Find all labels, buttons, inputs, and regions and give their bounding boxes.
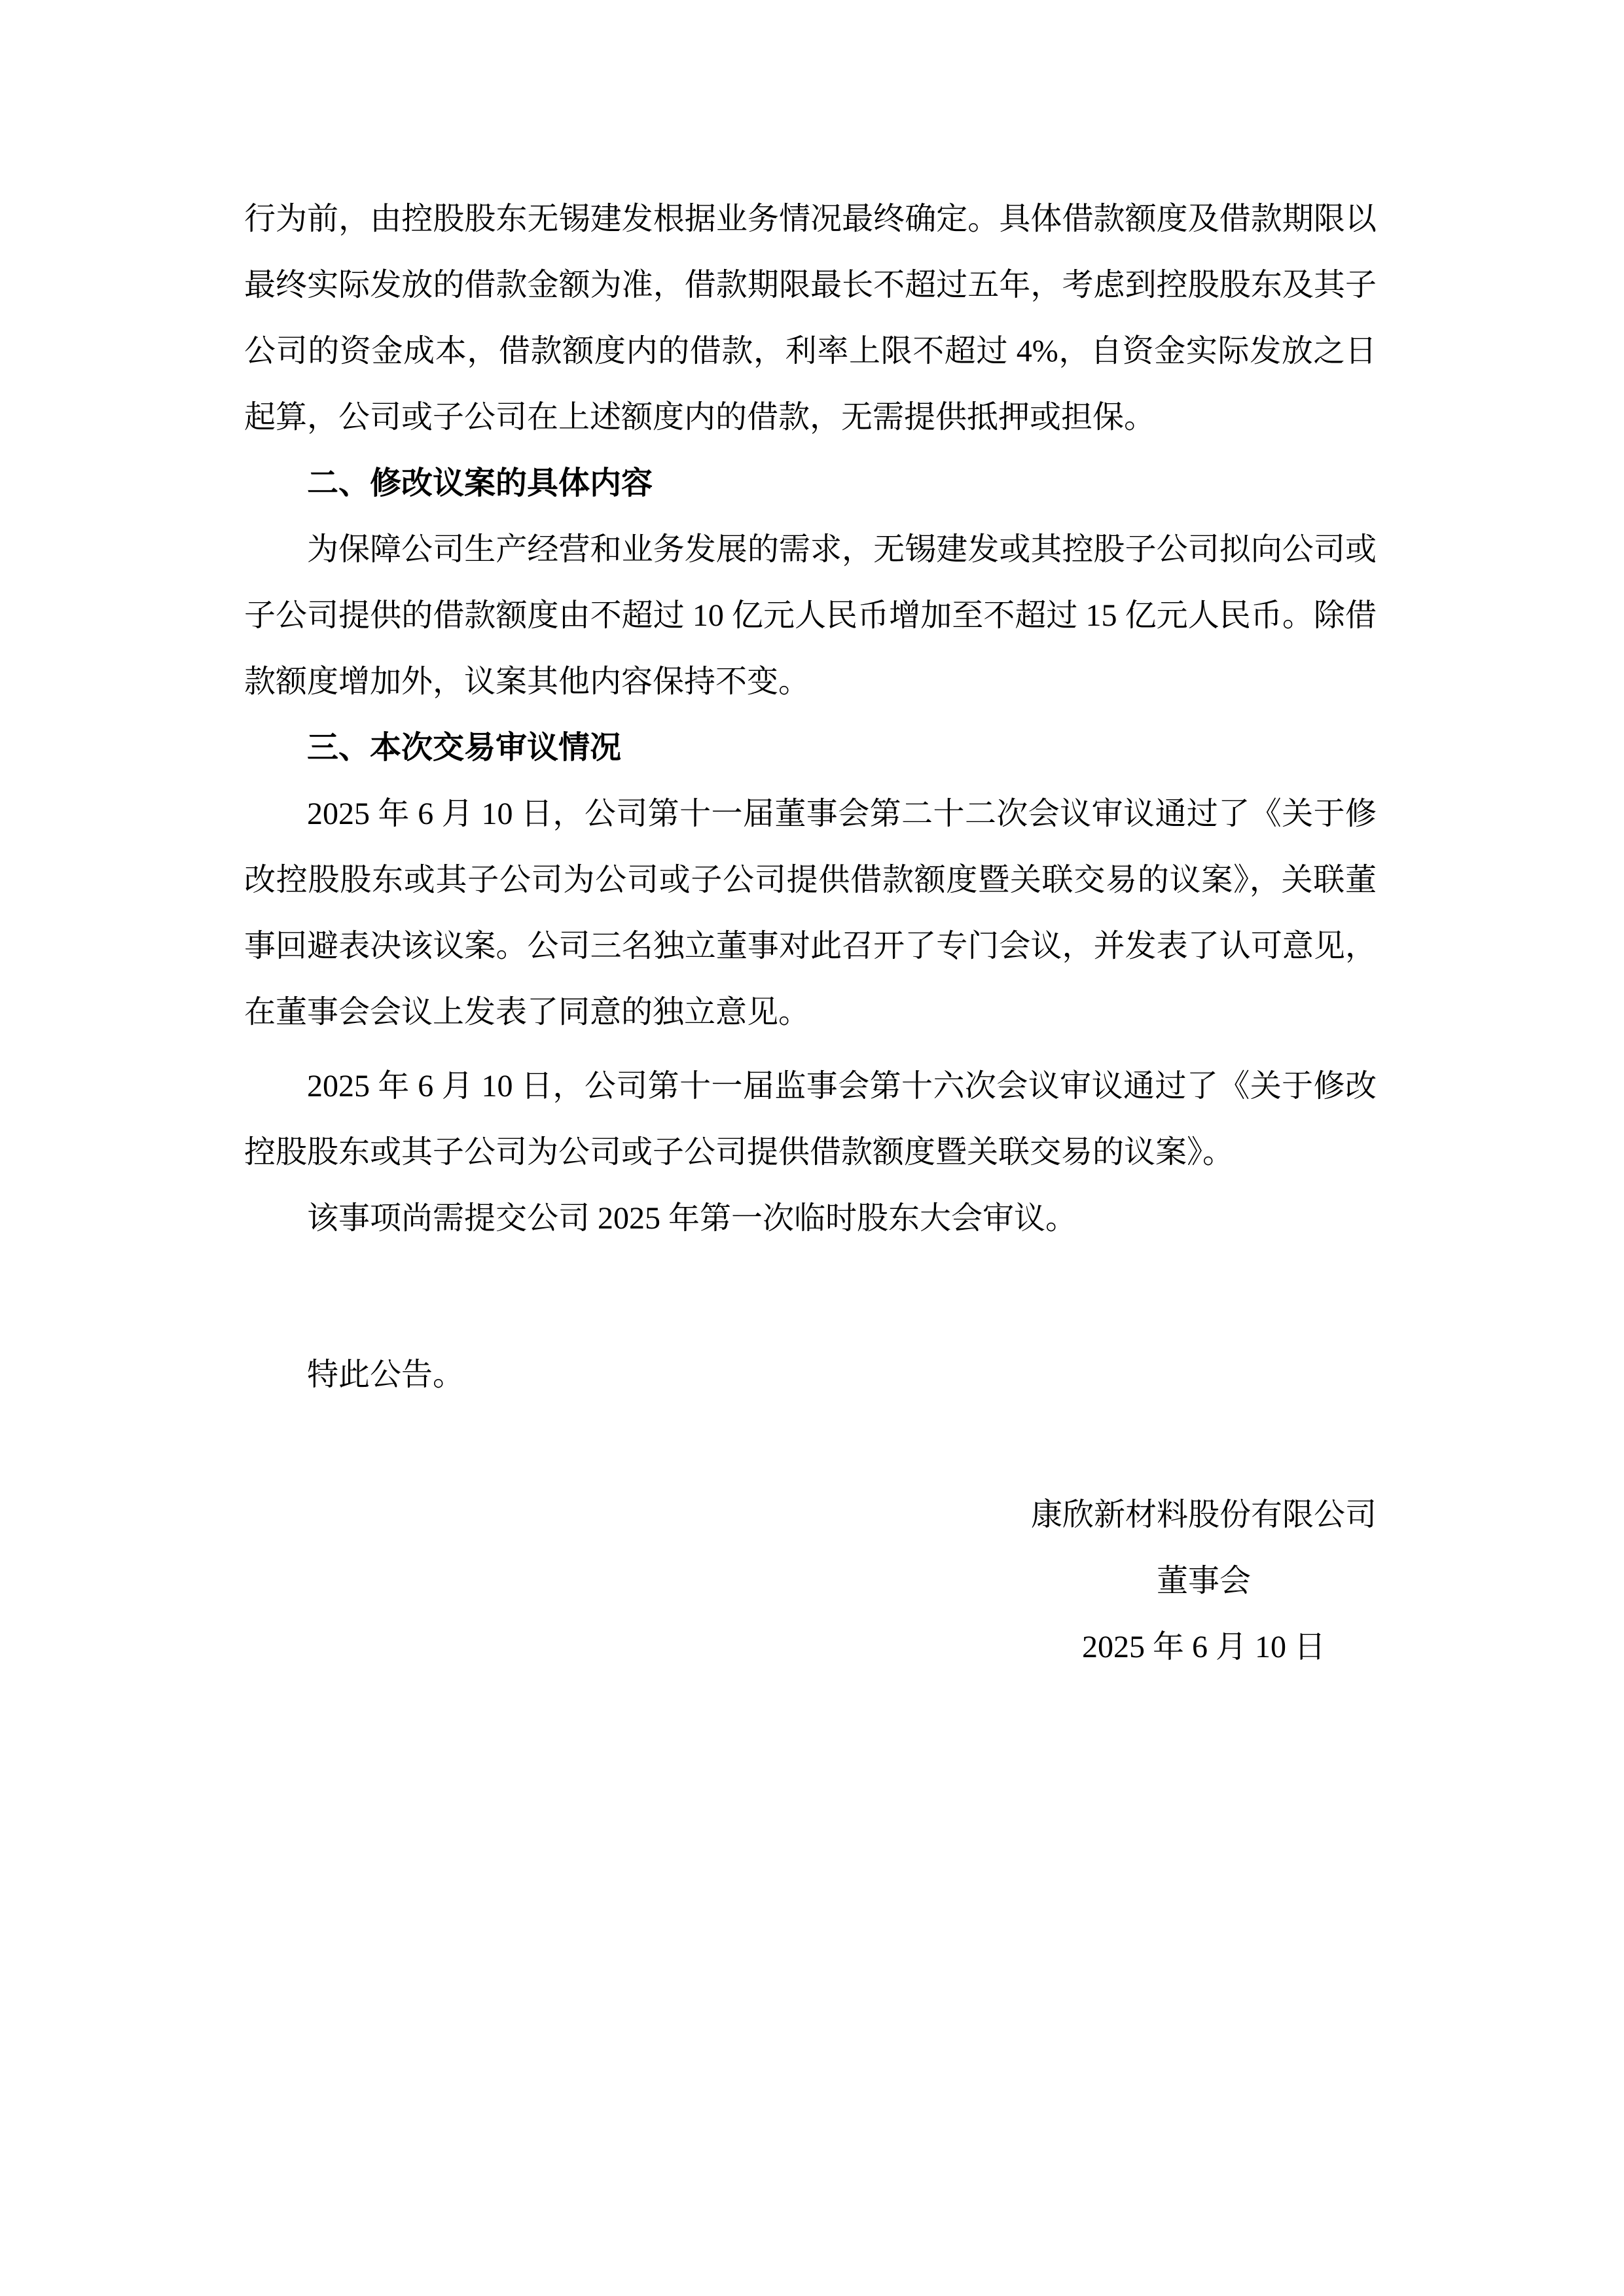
signature-block: 康欣新材料股份有限公司 董事会 2025 年 6 月 10 日 [1031, 1482, 1377, 1680]
section-heading-2-amendment-content: 二、修改议案的具体内容 [244, 450, 1377, 516]
paragraph-amendment-content: 为保障公司生产经营和业务发展的需求，无锡建发或其控股子公司拟向公司或子公司提供的… [244, 516, 1377, 715]
paragraph-supervisory-board-review: 2025 年 6 月 10 日，公司第十一届监事会第十六次会议审议通过了《关于修… [244, 1053, 1377, 1185]
signature-date: 2025 年 6 月 10 日 [1031, 1614, 1377, 1680]
signature-company-name: 康欣新材料股份有限公司 [1031, 1482, 1377, 1548]
section-heading-3-review-status: 三、本次交易审议情况 [244, 715, 1377, 781]
document-page: 行为前，由控股股东无锡建发根据业务情况最终确定。具体借款额度及借款期限以最终实际… [0, 0, 1624, 2296]
paragraph-board-meeting-review: 2025 年 6 月 10 日，公司第十一届董事会第二十二次会议审议通过了《关于… [244, 781, 1377, 1045]
signature-board-of-directors: 董事会 [1031, 1548, 1377, 1614]
paragraph-loan-terms-continuation: 行为前，由控股股东无锡建发根据业务情况最终确定。具体借款额度及借款期限以最终实际… [244, 186, 1377, 450]
closing-announcement-line: 特此公告。 [244, 1342, 1377, 1408]
document-body: 行为前，由控股股东无锡建发根据业务情况最终确定。具体借款额度及借款期限以最终实际… [244, 186, 1377, 1680]
paragraph-shareholder-meeting-submission: 该事项尚需提交公司 2025 年第一次临时股东大会审议。 [244, 1185, 1377, 1251]
